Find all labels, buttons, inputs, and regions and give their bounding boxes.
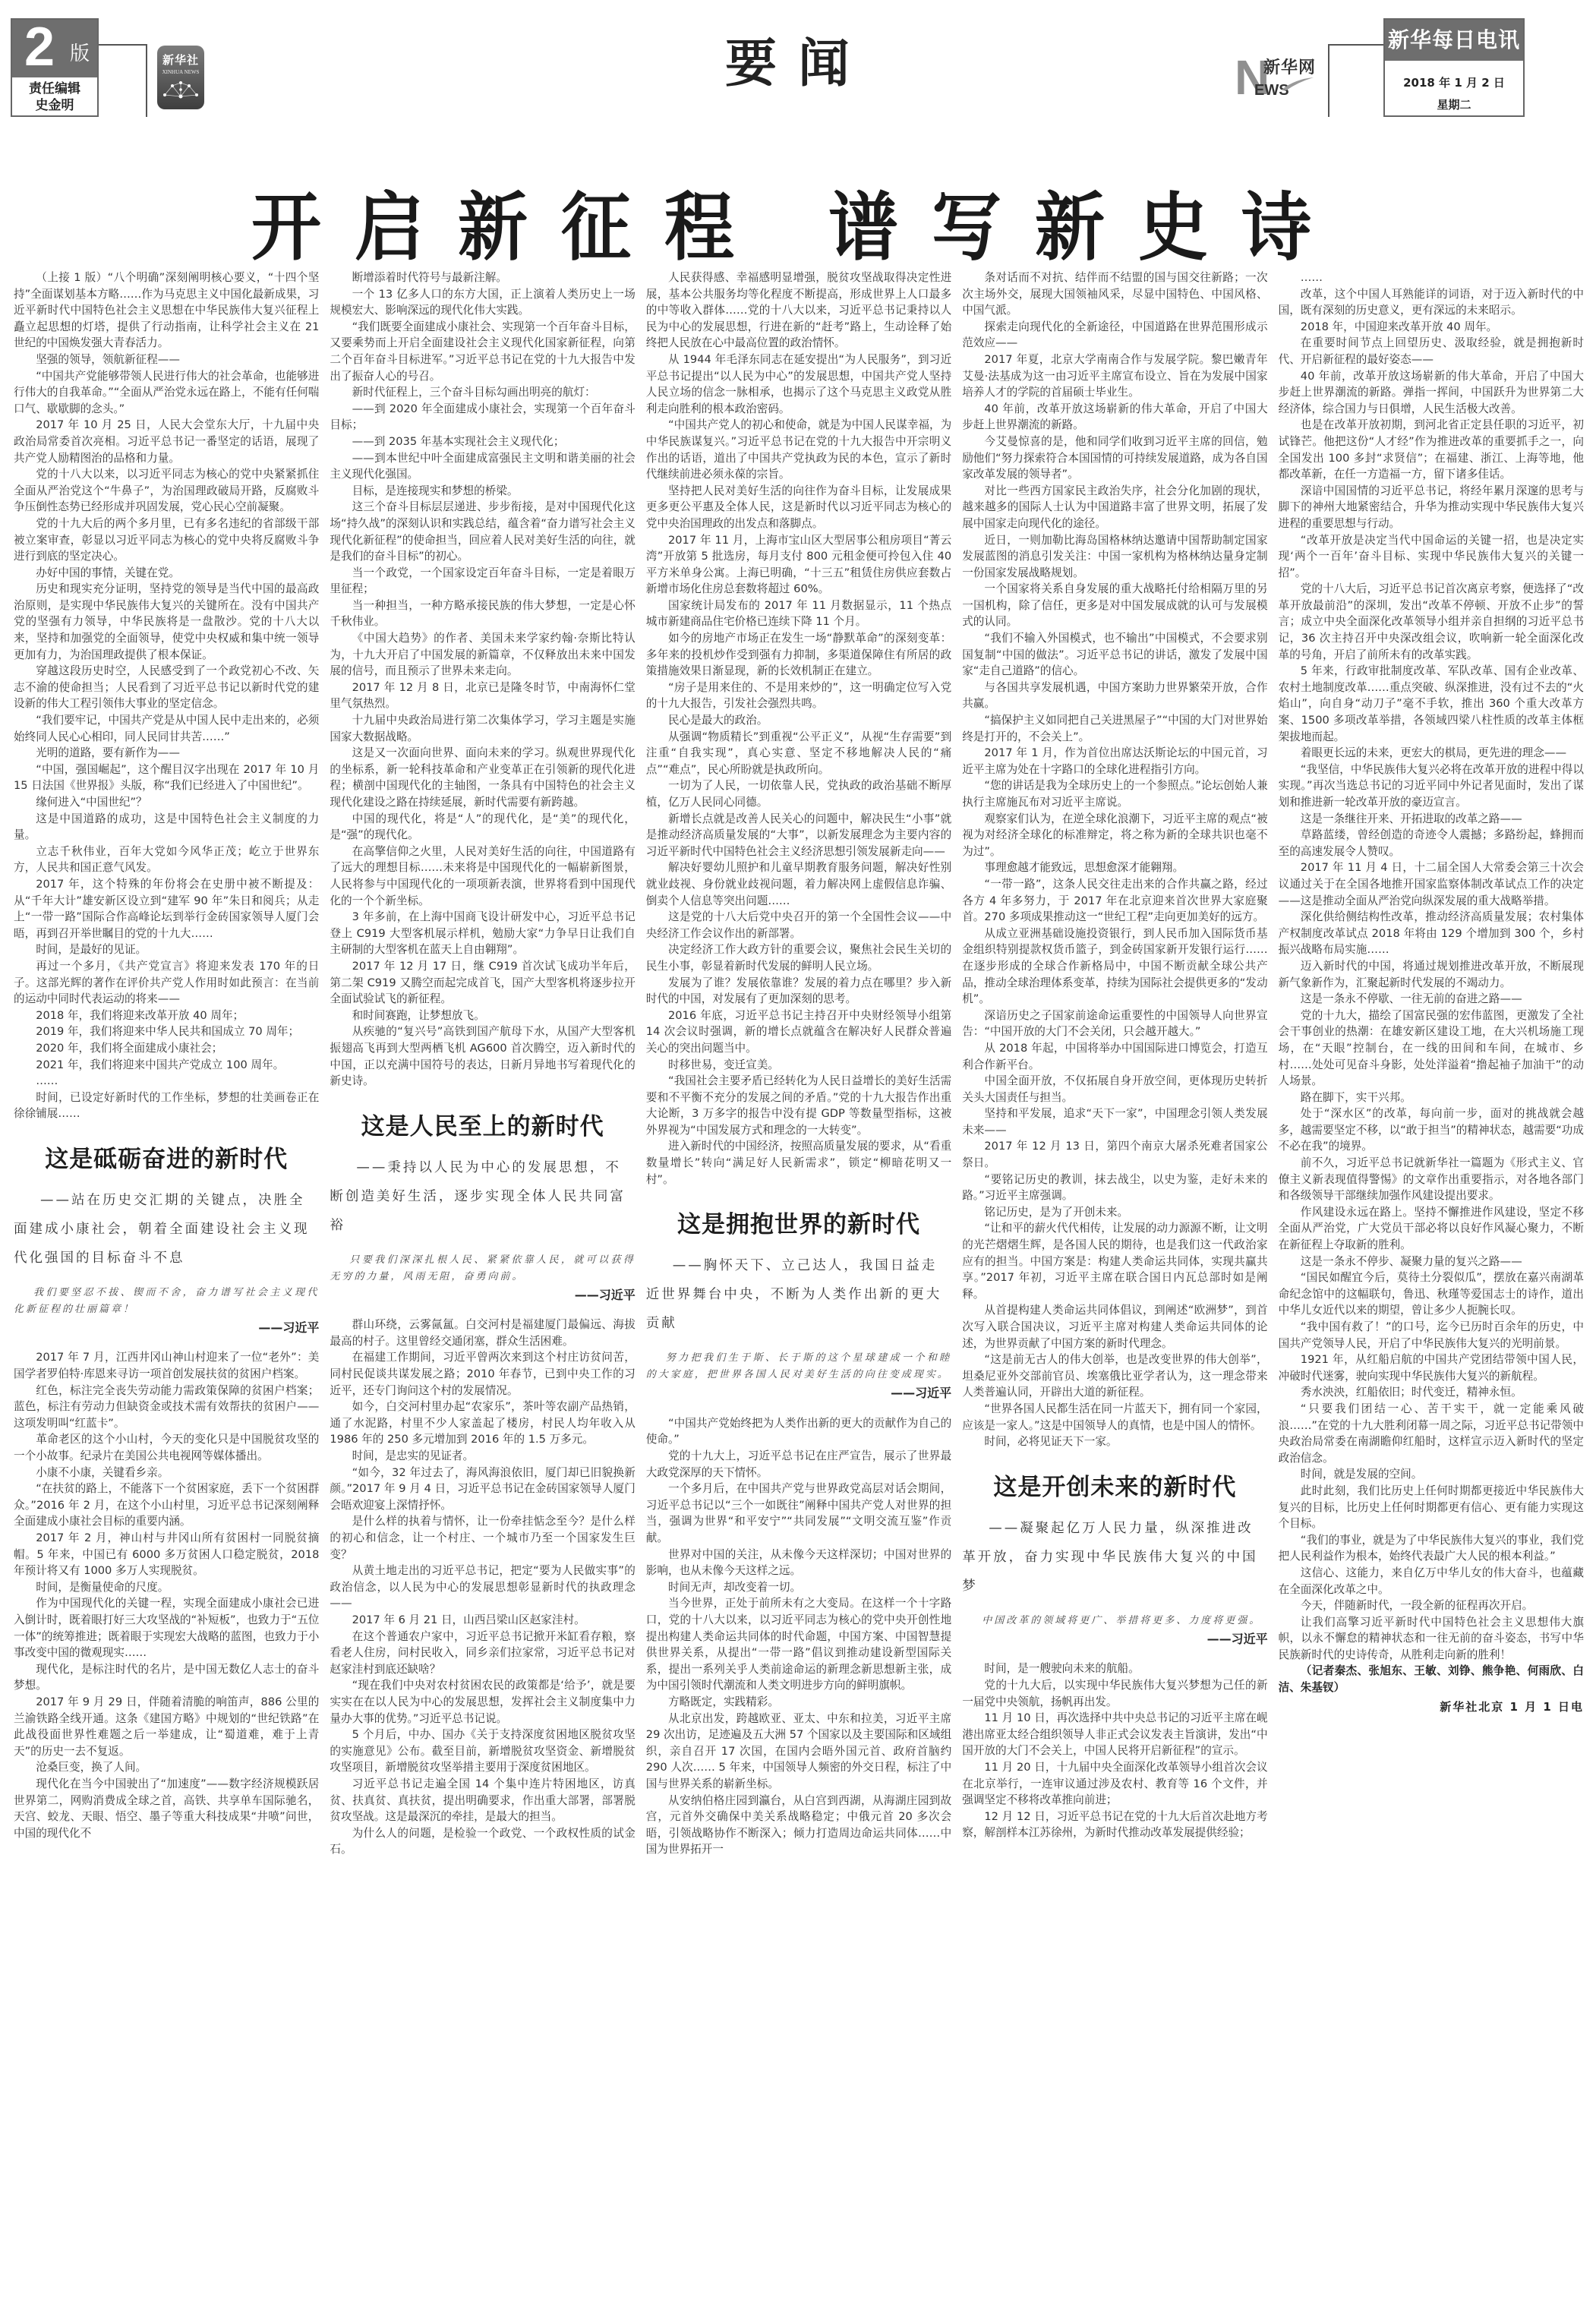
paragraph: 近日，一则加勒比海岛国格林纳达邀请中国帮助制定国家发展蓝图的消息引发关注：中国一… [962,532,1267,582]
paper-nameplate: 新华每日电讯 2018 年 1 月 2 日 星期二 [1383,18,1525,117]
paragraph: 决定经济工作大政方针的重要会议，聚焦社会民生关切的民生小事，彰显着新时代发展的鲜… [646,942,951,974]
paragraph: 中国全面开放，不仅拓展自身开放空间，更体现历史转折关头大国责任与担当。 [962,1073,1267,1106]
paragraph: “我坚信，中华民族伟大复兴必将在改革开放的进程中得以实现。”再次当选总书记的习近… [1279,762,1584,811]
paragraph: “要铭记历史的教训，抹去战尘，以史为鉴，走好未来的路。”习近平主席强调。 [962,1172,1267,1204]
closing-paragraph: 让我们高擎习近平新时代中国特色社会主义思想伟大旗帜，以永不懈怠的精神状态和一往无… [1279,1614,1584,1664]
paragraph: 2017 年，这个特殊的年份将会在史册中被不断提及：从“千年大计”雄安新区设立到… [14,876,319,942]
paragraph: “搞保护主义如同把自己关进黑屋子”“中国的大门对世界始终是打开的，不会关上”。 [962,712,1267,745]
paragraph: 2021 年，我们将迎来中国共产党成立 100 周年。 [14,1057,319,1074]
article-body: （上接 1 版）“八个明确”深刻阐明核心要义，“十四个坚持”全面谋划基本方略……… [14,270,1584,2289]
main-headline: 开启新征程谱写新史诗 [0,169,1596,275]
paragraph: “中国，强国崛起”，这个醒目汉字出现在 2017 年 10 月 15 日法国《世… [14,762,319,794]
paragraph: 光明的道路，要有新作为—— [14,745,319,762]
paragraph: 断增添着时代符号与最新注解。 [330,270,635,286]
paragraph: 从疾驰的“复兴号”高铁到国产航母下水，从国产大型客机振翅高飞再到大型两栖飞机 A… [330,1024,635,1089]
paragraph: “只要我们团结一心、苦干实干，就一定能乘风破浪……”在党的十九大胜利闭幕一周之际… [1279,1401,1584,1466]
paragraph: 当一种担当，一种方略承接民族的伟大梦想，一定是心怀千秋伟业。 [330,598,635,630]
swoosh-icon [1280,76,1315,91]
paragraph: 这是又一次面向世界、面向未来的学习。纵观世界现代化的坐标系，新一轮科技革命和产业… [330,745,635,810]
column-2: 断增添着时代符号与最新注解。一个 13 亿多人口的东方大国，正上演着人类历史上一… [330,270,635,2289]
paragraph: 现代化在当今中国驶出了“加速度”——数字经济规模跃居世界第二，网购消费成全球之首… [14,1776,319,1841]
paragraph: 坚持和平发展，追求“天下一家”，中国理念引领人类发展未来—— [962,1106,1267,1138]
paragraph: 这是一条永不停歇、一往无前的奋进之路—— [1279,991,1584,1008]
paragraph: 目标，是连接现实和梦想的桥梁。 [330,483,635,500]
paragraph: 国家统计局发布的 2017 年 11 月数据显示，11 个热点城市新建商品住宅价… [646,598,951,630]
section-deck: ——胸怀天下、立己达人，我国日益走近世界舞台中央，不断为人类作出新的更大贡献 [646,1251,951,1338]
pull-quote: 只要我们深深扎根人民、紧紧依靠人民，就可以获得无穷的力量，风雨无阻，奋勇向前。 [330,1252,635,1285]
paragraph: 处于“深水区”的改革，每向前一步，面对的挑战就会越多，越需要坚定不移，以“敢于担… [1279,1106,1584,1155]
column-3-paras-2: “中国共产党始终把为人类作出新的更大的贡献作为自己的使命。”党的十九大上，习近平… [646,1415,951,1858]
paragraph: 3 年多前，在上海中国商飞设计研发中心，习近平总书记登上 C919 大型客机展示… [330,909,635,958]
paragraph: 对比一些西方国家民主政治失序，社会分化加剧的现状，越来越多的国际人士认为中国道路… [962,483,1267,532]
paragraph: 在重要时间节点上回望历史、汲取经验，就是拥抱新时代、开启新征程的最好姿态—— [1279,335,1584,367]
paragraph: 《中国大趋势》的作者、美国未来学家约翰·奈斯比特认为，十九大开启了中国发展的新篇… [330,630,635,680]
paragraph: 立志千秋伟业，百年大党如今风华正茂；屹立于世界东方，人民共和国正意气风发。 [14,844,319,876]
paragraph: 缘何进入“中国世纪”？ [14,794,319,811]
paragraph: 着眼更长远的未来，更宏大的棋局，更先进的理念—— [1279,745,1584,762]
paragraph: 2017 年 11 月 4 日，十二届全国人大常委会第三十次会议通过关于在全国各… [1279,860,1584,909]
column-2-paras-2: 群山环绕，云雾氤氲。白交河村是福建厦门最偏远、海拔最高的村子。这里曾经交通闭塞，… [330,1317,635,1858]
paragraph: 从黄土地走出的习近平总书记，把定“要为人民做实事”的政治信念，以人民为中心的发展… [330,1563,635,1612]
paragraph: 2017 年 1 月，作为首位出席达沃斯论坛的中国元首，习近平主席为处在十字路口… [962,745,1267,778]
divider [1328,44,1329,117]
paragraph: 在福建工作期间，习近平曾两次来到这个村庄访贫问苦，同村民促谈共谋发展之路；201… [330,1349,635,1399]
paragraph: 从安纳伯格庄园到瀛台，从白宫到西湖，从海湖庄园到故宫，元首外交确保中美关系战略稳… [646,1793,951,1858]
paragraph: 2020 年，我们将全面建成小康社会； [14,1040,319,1057]
paragraph: 从 1944 年毛泽东同志在延安提出“为人民服务”，到习近平总书记提出“以人民为… [646,352,951,417]
section-heading: 这是拥抱世界的新时代 [646,1209,951,1241]
column-1: （上接 1 版）“八个明确”深刻阐明核心要义，“十四个坚持”全面谋划基本方略……… [14,270,319,2289]
issue-date: 2018 年 1 月 2 日 [1385,74,1523,90]
paragraph: 作为中国现代化的关键一程，实现全面建成小康社会已进入倒计时，既着眼打好三大攻坚战… [14,1595,319,1661]
paragraph: 时间，已设定好新时代的工作坐标，梦想的壮美画卷正在徐徐铺展…… [14,1090,319,1122]
paragraph: 发展为了谁？发展依靠谁？发展的着力点在哪里？步入新时代的中国，对发展有了更加深刻… [646,975,951,1008]
paragraph: 进入新时代的中国经济，按照高质量发展的要求，从“看重数量增长”转向“满足好人民新… [646,1138,951,1188]
paragraph: 党的十九大后的两个多月里，已有多名违纪的省部级干部被立案审查，彰显以习近平同志为… [14,516,319,565]
paragraph: 新时代征程上，三个奋斗目标勾画出明亮的航灯： [330,384,635,401]
paragraph: 民心是最大的政治。 [646,712,951,729]
paragraph: 12 月 12 日，习近平总书记在党的十九大后首次赴地方考察，解剖样本江苏徐州，… [962,1809,1267,1841]
paragraph: 与各国共享发展机遇，中国方案助力世界繁荣开放，合作共赢。 [962,680,1267,712]
paragraph: 40 年前，改革开放这场崭新的伟大革命，开启了中国大步赶上世界潮流的新路。弹指一… [1279,368,1584,418]
headline-part-2: 谱写新史诗 [828,185,1345,270]
paragraph: 迈入新时代的中国，将通过规划推进改革开放，不断展现新气象新作为，汇聚起新时代发展… [1279,958,1584,991]
paragraph: “现在我们中央对农村贫困农民的政策都是‘给予’，就是要实实在在以人民为中心的发展… [330,1677,635,1727]
paragraph: 革命老区的这个小山村，今天的变化只是中国脱贫攻坚的一个小故事。纪录片在美国公共电… [14,1431,319,1464]
paragraph: 沧桑巨变，换了人间。 [14,1759,319,1776]
paragraph: 从成立亚洲基础设施投资银行，到人民币加入国际货币基金组织特别提款权货币篮子，到金… [962,926,1267,1008]
paragraph: 小康不小康，关键看乡亲。 [14,1465,319,1481]
paragraph: “我们的事业，就是为了中华民族伟大复兴的事业，我们党把人民利益作为根本，始终代表… [1279,1532,1584,1565]
paragraph: 时间，是一艘驶向未来的航船。 [962,1661,1267,1677]
quote-attribution: ——习近平 [646,1385,951,1402]
masthead: 2 版 责任编辑 史金明 新华社 XINHUA NEWS 要闻 N 新华网 EW… [0,0,1596,152]
paragraph: “改革开放是决定当代中国命运的关键一招，也是决定实现‘两个一百年’奋斗目标、实现… [1279,532,1584,582]
paragraph: 也是在改革开放初期，到河北省正定县任职的习近平，初试锋芒。他把这份“人才经”作为… [1279,417,1584,482]
paragraph: 5 年来，行政审批制度改革、军队改革、国有企业改革、农村土地制度改革……重点突破… [1279,663,1584,745]
column-4-paras-2: 时间，是一艘驶向未来的航船。党的十九大后，以实现中华民族伟大复兴梦想为己任的新一… [962,1661,1267,1841]
paragraph: 2017 年夏，北京大学南南合作与发展学院。黎巴嫩青年艾曼·法基成为这一由习近平… [962,352,1267,401]
paragraph: 一个 13 亿多人口的东方大国，正上演着人类历史上一场规模宏大、影响深远的现代化… [330,286,635,319]
paragraph: 从北京出发，跨越欧亚、亚太、中东和拉美，习近平主席 29 次出访，足迹遍及五大洲… [646,1711,951,1793]
paragraph: 当一个政党，一个国家设定百年奋斗目标，一定是着眼万里征程； [330,565,635,598]
paragraph: 观察家们认为，在逆全球化浪潮下，习近平主席的观点“被视为对经济全球化的标准辩定，… [962,811,1267,860]
column-5: ……改革，这个中国人耳熟能详的词语，对于迈入新时代的中国，既有深刻的历史意义，更… [1279,270,1584,2289]
divider [1328,44,1384,46]
column-2-paras: 断增添着时代符号与最新注解。一个 13 亿多人口的东方大国，正上演着人类历史上一… [330,270,635,1090]
paragraph: 党的十九大，描绘了国富民强的宏伟蓝图，更激发了全社会干事创业的热潮：在雄安新区建… [1279,1008,1584,1090]
paragraph: 事理愈越才能致远，思想愈深才能翱翔。 [962,860,1267,876]
paragraph: 时移世易，变迁宣美。 [646,1057,951,1074]
paragraph: “中国共产党始终把为人类作出新的更大的贡献作为自己的使命。” [646,1415,951,1448]
quote-attribution: ——习近平 [330,1287,635,1304]
paragraph: 2017 年 12 月 8 日，北京已是隆冬时节，中南海怀仁堂里气氛热烈。 [330,680,635,712]
paragraph: 从 2018 年起，中国将举办中国国际进口博览会，打造互利合作新平台。 [962,1040,1267,1073]
paragraph: 11 月 10 日，再次选择中共中央总书记的习近平主席在岘港出席亚太经合组织领导… [962,1710,1267,1759]
column-1-paras: （上接 1 版）“八个明确”深刻阐明核心要义，“十四个坚持”全面谋划基本方略……… [14,270,319,1122]
paragraph: 2017 年 12 月 17 日，继 C919 首次试飞成功半年后，第二架 C9… [330,958,635,1008]
dateline: 新华社北京 1 月 1 日电 [1279,1699,1584,1716]
paragraph: 铭记历史，是为了开创未来。 [962,1204,1267,1221]
issue-weekday: 星期二 [1385,96,1523,112]
paragraph: 深谙历史之子国家前途命运重要性的中国领导人向世界宣告：“中国开放的大门不会关闭，… [962,1008,1267,1040]
reporter-credits: （记者秦杰、张旭东、王敏、刘铮、熊争艳、何雨欣、白洁、朱基钗） [1279,1663,1584,1695]
paragraph: 一个国家将关系自身发展的重大战略托付给相隔万里的另一国机构，除了信任，更多是对中… [962,581,1267,630]
paragraph: 2017 年 9 月 29 日，伴随着清脆的响笛声，886 公里的兰渝铁路全线开… [14,1694,319,1759]
paragraph: 路在脚下，实干兴邦。 [1279,1090,1584,1106]
paragraph: 党的十九大后，以实现中华民族伟大复兴梦想为己任的新一届党中央领航，扬帆再出发。 [962,1677,1267,1710]
paragraph: 时间，是忠实的见证者。 [330,1448,635,1465]
column-4-paras: 条对话而不对抗、结伴而不结盟的国与国交往新路；一次次主场外交，展现大国领袖风采，… [962,270,1267,1450]
pull-quote: 中国改革的领域将更广、举措将更多、力度将更强。 [962,1613,1267,1629]
section-heading: 这是开创未来的新时代 [962,1471,1267,1503]
paragraph: “我们既要全面建成小康社会、实现第一个百年奋斗目标，又要乘势而上开启全面建设社会… [330,319,635,384]
paragraph: 探索走向现代化的全新途径，中国道路在世界范围形成示范效应—— [962,319,1267,352]
paragraph: “如今，32 年过去了，海风海浪依旧，厦门却已旧貌换新颜。”2017 年 9 月… [330,1465,635,1514]
column-3-paras: 人民获得感、幸福感明显增强，脱贫攻坚战取得决定性进展，基本公共服务均等化程度不断… [646,270,951,1188]
column-3: 人民获得感、幸福感明显增强，脱贫攻坚战取得决定性进展，基本公共服务均等化程度不断… [646,270,951,2289]
paragraph: “我们不输入外国模式，也不输出”中国模式，不会要求别国复制“中国的做法”。习近平… [962,630,1267,680]
paragraph: 一个多月后，在中国共产党与世界政党高层对话会期间，习近平总书记以“三个一如既往”… [646,1481,951,1546]
paragraph: 习近平总书记走遍全国 14 个集中连片特困地区，访真贫、扶真贫、真扶贫，提出明确… [330,1776,635,1825]
paragraph: 这是党的十八大后党中央召开的第一个全国性会议——中央经济工作会议作出的新部署。 [646,909,951,942]
paper-name: 新华每日电讯 [1385,20,1523,61]
paragraph: （上接 1 版）“八个明确”深刻阐明核心要义，“十四个坚持”全面谋划基本方略……… [14,270,319,352]
paragraph: 时间，必将见证天下一家。 [962,1434,1267,1450]
paragraph: 2019 年，我们将迎来中华人民共和国成立 70 周年； [14,1024,319,1040]
paragraph: …… [1279,270,1584,286]
paragraph: 改革，这个中国人耳熟能详的词语，对于迈入新时代的中国，既有深刻的历史意义，更有深… [1279,286,1584,319]
paragraph: 坚强的领导，领航新征程—— [14,352,319,368]
paragraph: “让和平的薪火代代相传，让发展的动力源源不断，让文明的光芒熠熠生辉，是各国人民的… [962,1220,1267,1302]
paragraph: 5 个月后，中办、国办《关于支持深度贫困地区脱贫攻坚的实施意见》公布。截至目前，… [330,1727,635,1776]
paragraph: 今天，伴随新时代，一段全新的征程再次开启。 [1279,1598,1584,1614]
paragraph: …… [14,1073,319,1090]
paragraph: 再过一个多月，《共产党宣言》将迎来发表 170 年的日子。这部光辉的著作在评价共… [14,958,319,1008]
column-1-paras-2: 2017 年 7 月，江西井冈山神山村迎来了一位“老外”：美国学者罗伯特·库恩来… [14,1349,319,1841]
section-deck: ——站在历史交汇期的关键点，决胜全面建成小康社会，朝着全面建设社会主义现代化强国… [14,1186,319,1273]
paragraph: 时间无声，却改变着一切。 [646,1579,951,1596]
paragraph: 条对话而不对抗、结伴而不结盟的国与国交往新路；一次次主场外交，展现大国领袖风采，… [962,270,1267,319]
paragraph: “国民如醒宜今后，莫待土分裂似瓜”，摆放在嘉兴南湖革命纪念馆中的这幅联句，鲁迅、… [1279,1270,1584,1319]
paragraph: 和时间赛跑，让梦想放飞。 [330,1008,635,1024]
paragraph: 方略既定，实践精彩。 [646,1694,951,1711]
paragraph: 如今的房地产市场正在发生一场“静默革命”的深刻变革：多年来的投机炒作受到强有力抑… [646,630,951,680]
paragraph: “世界各国人民都生活在同一片蓝天下，拥有同一个家园，应该是一家人。”这是中国领导… [962,1401,1267,1434]
paragraph: 世界对中国的关注，从未像今天这样深切；中国对世界的影响，也从未像今天这样之远。 [646,1547,951,1579]
paragraph: “中国共产党能够带领人民进行伟大的社会革命，也能够进行伟大的自我革命。”“全面从… [14,368,319,418]
section-deck: ——凝聚起亿万人民力量，纵深推进改革开放，奋力实现中华民族伟大复兴的中国梦 [962,1514,1267,1601]
paragraph: 深谙中国国情的习近平总书记，将经年累月深邃的思考与脚下的神州大地紧密结合，升华为… [1279,483,1584,532]
paragraph: 穿越这段历史时空，人民感受到了一个政党初心不改、矢志不渝的使命担当；人民看到了习… [14,663,319,712]
paragraph: “在扶贫的路上，不能落下一个贫困家庭，丢下一个贫困群众。”2016 年 2 月，… [14,1481,319,1530]
quote-attribution: ——习近平 [962,1631,1267,1648]
paragraph: “房子是用来住的、不是用来炒的”，这一明确定位写入党的十九大报告，引发社会强烈共… [646,680,951,712]
paragraph: 作风建设永远在路上。坚持不懈推进作风建设，坚定不移全面从严治党，广大党员干部必将… [1279,1204,1584,1254]
paragraph: “中国共产党人的初心和使命，就是为中国人民谋幸福，为中华民族谋复兴。”习近平总书… [646,417,951,482]
paragraph: 从强调“物质精长”到重视“公平正义”，从视“生存需要”到注重“自我实现”，真心实… [646,729,951,778]
paragraph: 2017 年 11 月，上海市宝山区大型居事公租房项目“菁云湾”开放第 5 批选… [646,532,951,598]
column-4: 条对话而不对抗、结伴而不结盟的国与国交往新路；一次次主场外交，展现大国领袖风采，… [962,270,1267,2289]
section-title: 要闻 [0,23,1596,96]
paragraph: 在这个普通农户家中，习近平总书记掀开米缸看存粮，察看老人住房，问村民收入，同乡亲… [330,1629,635,1678]
paragraph: 时间，是最好的见证。 [14,942,319,958]
paragraph: 2017 年 6 月 21 日，山西吕梁山区赵家洼村。 [330,1612,635,1629]
paragraph: 时间，是衡量使命的尺度。 [14,1579,319,1596]
paragraph: 办好中国的事情，关键在党。 [14,565,319,582]
headline-part-1: 开启新征程 [251,185,768,270]
paragraph: 40 年前，改革开放这场崭新的伟大革命，开启了中国大步赶上世界潮流的新路。 [962,401,1267,434]
section-deck: ——秉持以人民为中心的发展思想，不断创造美好生活，逐步实现全体人民共同富裕 [330,1153,635,1240]
paragraph: 11 月 20 日，十九届中央全面深化改革领导小组首次会议在北京举行，一连审议通… [962,1759,1267,1809]
paragraph: 坚持把人民对美好生活的向往作为奋斗目标，让发展成果更多更公平惠及全体人民，这是新… [646,483,951,532]
paragraph: 现代化，是标注时代的名片，是中国无数亿人志士的奋斗梦想。 [14,1661,319,1694]
paragraph: 当今世界，正处于前所未有之大变局。在这样一个十字路口，党的十八大以来，以习近平同… [646,1595,951,1694]
paragraph: 在高擎信仰之火里，人民对美好生活的向往，中国道路有了远大的理想目标……未来将是中… [330,844,635,909]
paragraph: 2016 年底，习近平总书记主持召开中央财经领导小组第 14 次会议时强调，新的… [646,1008,951,1057]
paragraph: 此时此刻，我们比历史上任何时期都更接近中华民族伟大复兴的目标，比历史上任何时期都… [1279,1483,1584,1532]
paragraph: 十九届中央政治局进行第二次集体学习，学习主题是实施国家大数据战略。 [330,712,635,745]
paragraph: 从首提构建人类命运共同体倡议，到阐述“欧洲梦”，到首次写入联合国决议，习近平主席… [962,1302,1267,1352]
paragraph: 中国的现代化，将是“人”的现代化，是“美”的现代化，是“强”的现代化。 [330,811,635,844]
paragraph: 2018 年，中国迎来改革开放 40 周年。 [1279,319,1584,336]
paragraph: 时间，就是发展的空间。 [1279,1466,1584,1483]
paragraph: 党的十八大以来，以习近平同志为核心的党中央紧紧抓住全面从严治党这个“牛鼻子”，为… [14,466,319,516]
xinhuanet-logo: N 新华网 EWS [1235,52,1318,106]
paragraph: 这是一条永不停步、凝聚力量的复兴之路—— [1279,1254,1584,1270]
editor-name: 史金明 [12,97,97,114]
paragraph: “我们要牢记，中国共产党是从中国人民中走出来的，必须始终同人民心心相印，同人民同… [14,712,319,745]
paragraph: 2017 年 2 月，神山村与井冈山所有贫困村一同脱贫摘帽。5 年来，中国已有 … [14,1530,319,1579]
paragraph: 秀水泱泱，红船依旧；时代变迁，精神永恒。 [1279,1384,1584,1401]
paragraph: “一带一路”，这条人民交往走出来的合作共赢之路，经过各方 4 年多努力，于 20… [962,876,1267,926]
paragraph: ——到 2020 年全面建成小康社会，实现第一个百年奋斗目标； [330,401,635,434]
paragraph: 草路蓝缕，曾经创造的奇迹令人震撼；多路纷起，蜂拥而至的高速发展令人赞叹。 [1279,827,1584,860]
paragraph: 是什么样的执着与情怀，让一份牵挂惦念至今？是什么样的初心和信念，让一个村庄、一个… [330,1513,635,1563]
paragraph: “我国社会主要矛盾已经转化为人民日益增长的美好生活需要和不平衡不充分的发展之间的… [646,1073,951,1138]
paragraph: 红色，标注完全丧失劳动能力需政策保障的贫困户档案；蓝色，标注有劳动力但缺资金或技… [14,1383,319,1432]
paragraph: 如今，白交河村里办起“农家乐”，茶叶等农副产品热销，通了水泥路，村里不少人家盖起… [330,1399,635,1448]
paragraph: 这三个奋斗目标层层递进、步步衔接，是对中国现代化这场“持久战”的深刻认识和实践总… [330,499,635,564]
paragraph: 2017 年 7 月，江西井冈山神山村迎来了一位“老外”：美国学者罗伯特·库恩来… [14,1349,319,1382]
column-5-paras: ……改革，这个中国人耳熟能详的词语，对于迈入新时代的中国，既有深刻的历史意义，更… [1279,270,1584,1614]
paragraph: 党的十九大上，习近平总书记在庄严宣告，展示了世界最大政党深厚的天下情怀。 [646,1448,951,1481]
paragraph: 这是中国道路的成功，这是中国特色社会主义制度的力量。 [14,811,319,844]
section-heading: 这是人民至上的新时代 [330,1111,635,1143]
paragraph: “我中国有救了！”的口号，迄今已历时百余年的历史，中国共产党领导人民，开启了中华… [1279,1319,1584,1352]
paragraph: 解决好婴幼儿照护和儿童早期教育服务问题，解决好性别就业歧视、身份就业歧视问题，着… [646,860,951,909]
paragraph: 新增长点就是改善人民关心的问题中，解决民生“小事”就是推动经济高质量发展的“大事… [646,811,951,860]
paragraph: 党的十八大后，习近平总书记首次离京考察，便选择了“改革开放最前沿”的深圳，发出“… [1279,581,1584,663]
paragraph: 为什么人的问题，是检验一个政党、一个政权性质的试金石。 [330,1825,635,1858]
paragraph: 2018 年，我们将迎来改革开放 40 周年； [14,1008,319,1024]
section-heading: 这是砥砺奋进的新时代 [14,1143,319,1175]
paragraph: ——到 2035 年基本实现社会主义现代化； [330,434,635,450]
paragraph: 这信心、这能力，来自亿万中华儿女的伟大奋斗，也蕴藏在全面深化改革之中。 [1279,1565,1584,1598]
pull-quote: 我们要坚忍不拔、锲而不舍，奋力谱写社会主义现代化新征程的壮丽篇章！ [14,1285,319,1318]
paragraph: ——到本世纪中叶全面建成富强民主文明和谐美丽的社会主义现代化强国。 [330,450,635,483]
paragraph: 一切为了人民，一切依靠人民，党执政的政治基础不断厚植，亿万人民同心同德。 [646,778,951,810]
paragraph: 今艾曼惊喜的是，他和同学们收到习近平主席的回信，勉励他们“努力探索符合本国国情的… [962,434,1267,483]
paragraph: 2017 年 10 月 25 日，人民大会堂东大厅，十九届中央政治局常委首次亮相… [14,417,319,466]
paragraph: “这是前无古人的伟大创举，也是改变世界的伟大创举”，坦桑尼亚外交部前官员、埃塞俄… [962,1352,1267,1401]
paragraph: 群山环绕，云雾氤氲。白交河村是福建厦门最偏远、海拔最高的村子。这里曾经交通闭塞，… [330,1317,635,1349]
logo-text-cn: 新华网 [1263,55,1316,78]
paragraph: “您的讲话是我为全球历史上的一个参照点。”论坛创始人兼执行主席施瓦布对习近平主席… [962,778,1267,810]
quote-attribution: ——习近平 [14,1320,319,1336]
paragraph: 这是一条继往开来、开拓进取的改革之路—— [1279,811,1584,828]
paragraph: 2017 年 12 月 13 日，第四个南京大屠杀死难者国家公祭日。 [962,1138,1267,1171]
paragraph: 人民获得感、幸福感明显增强，脱贫攻坚战取得决定性进展，基本公共服务均等化程度不断… [646,270,951,352]
paragraph: 深化供给侧结构性改革，推动经济高质量发展；农村集体产权制度改革试点 2018 年… [1279,909,1584,958]
paragraph: 前不久，习近平总书记就新华社一篇题为《形式主义、官僚主义新表现值得警惕》的文章作… [1279,1155,1584,1204]
paragraph: 历史和现实充分证明，坚持党的领导是当代中国的最高政治原则，是实现中华民族伟大复兴… [14,581,319,663]
pull-quote: 努力把我们生于斯、长于斯的这个星球建成一个和睦的大家庭，把世界各国人民对美好生活… [646,1350,951,1383]
paragraph: 1921 年，从红船启航的中国共产党团结带领中国人民，冲破时代迷雾，驶向实现中华… [1279,1352,1584,1384]
